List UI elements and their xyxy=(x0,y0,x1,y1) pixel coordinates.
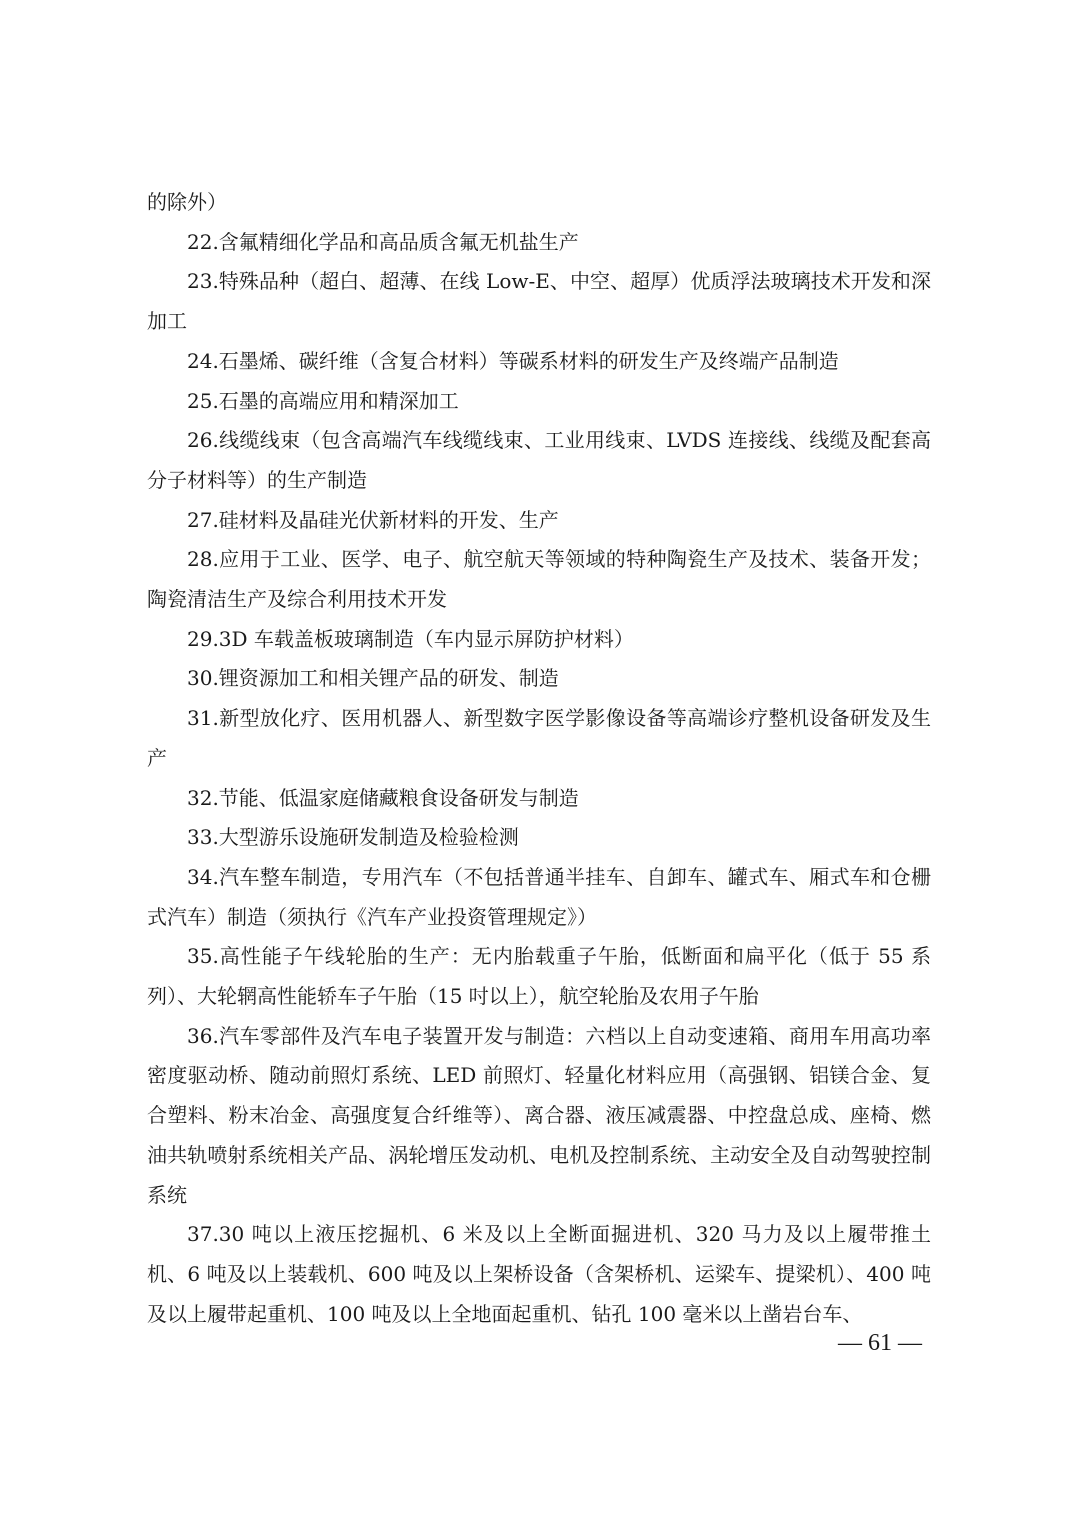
list-item-22: 22.含氟精细化学品和高品质含氟无机盐生产 xyxy=(147,223,931,263)
document-body: 的除外） 22.含氟精细化学品和高品质含氟无机盐生产 23.特殊品种（超白、超薄… xyxy=(147,183,931,1334)
list-item-35: 35.高性能子午线轮胎的生产：无内胎载重子午胎，低断面和扁平化（低于 55 系列… xyxy=(147,937,931,1016)
list-item-34: 34.汽车整车制造，专用汽车（不包括普通半挂车、自卸车、罐式车、厢式车和仓栅式汽… xyxy=(147,858,931,937)
list-item-24: 24.石墨烯、碳纤维（含复合材料）等碳系材料的研发生产及终端产品制造 xyxy=(147,342,931,382)
list-item-27: 27.硅材料及晶硅光伏新材料的开发、生产 xyxy=(147,501,931,541)
list-item-30: 30.锂资源加工和相关锂产品的研发、制造 xyxy=(147,659,931,699)
list-item-37: 37.30 吨以上液压挖掘机、6 米及以上全断面掘进机、320 马力及以上履带推… xyxy=(147,1215,931,1334)
list-item-32: 32.节能、低温家庭储藏粮食设备研发与制造 xyxy=(147,779,931,819)
list-item-25: 25.石墨的高端应用和精深加工 xyxy=(147,382,931,422)
list-item-33: 33.大型游乐设施研发制造及检验检测 xyxy=(147,818,931,858)
page-number: — 61 — xyxy=(838,1330,922,1357)
list-item-26: 26.线缆线束（包含高端汽车线缆线束、工业用线束、LVDS 连接线、线缆及配套高… xyxy=(147,421,931,500)
list-item-31: 31.新型放化疗、医用机器人、新型数字医学影像设备等高端诊疗整机设备研发及生产 xyxy=(147,699,931,778)
list-item-23: 23.特殊品种（超白、超薄、在线 Low-E、中空、超厚）优质浮法玻璃技术开发和… xyxy=(147,262,931,341)
list-item-28: 28.应用于工业、医学、电子、航空航天等领域的特种陶瓷生产及技术、装备开发；陶瓷… xyxy=(147,540,931,619)
list-item-36: 36.汽车零部件及汽车电子装置开发与制造：六档以上自动变速箱、商用车用高功率密度… xyxy=(147,1017,931,1216)
list-item-29: 29.3D 车载盖板玻璃制造（车内显示屏防护材料） xyxy=(147,620,931,660)
continuation-text: 的除外） xyxy=(147,183,931,223)
